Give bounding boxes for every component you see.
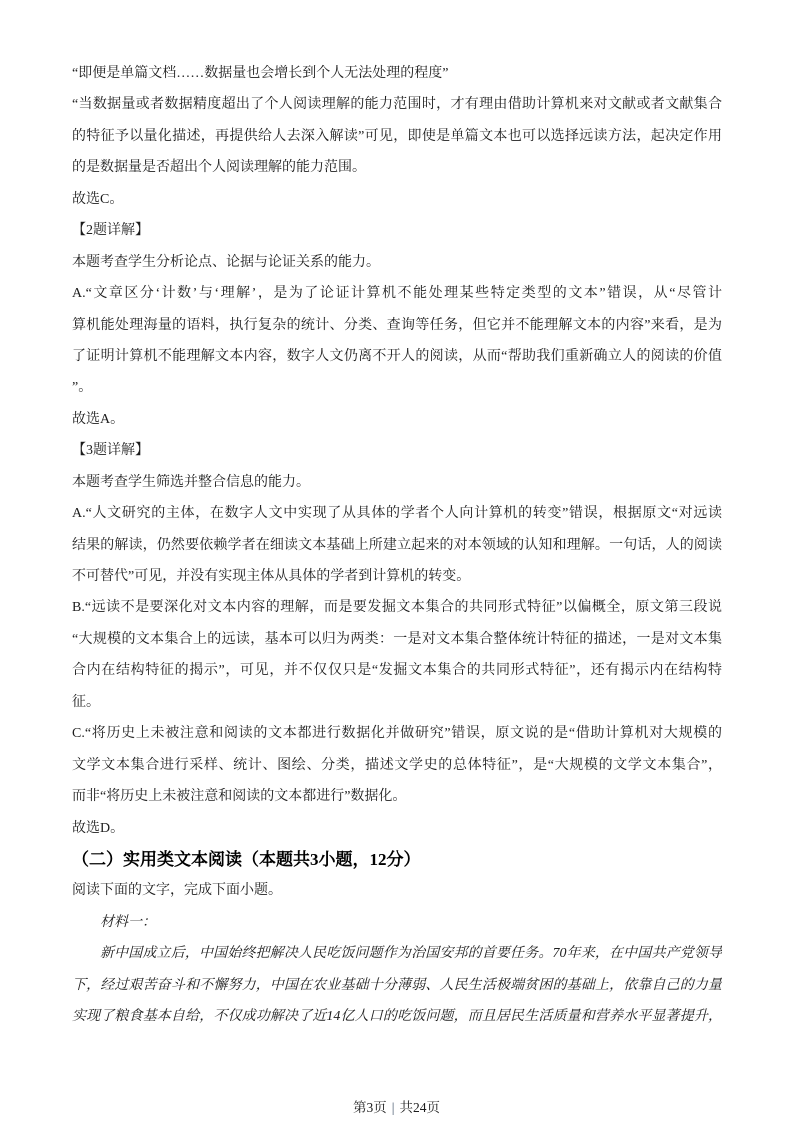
text-line: “即便是单篇文档……数据量也会增长到个人无法处理的程度” xyxy=(72,58,722,89)
text-line: 【2题详解】 xyxy=(72,215,722,246)
text-line: 本题考查学生筛选并整合信息的能力。 xyxy=(72,467,722,498)
text-line: A.“人文研究的主体，在数字人文中实现了从具体的学者个人向计算机的转变”错误，根… xyxy=(72,498,722,529)
text-line: 故选D。 xyxy=(72,813,722,844)
text-line: 结果的解读，仍然要依赖学者在细读文本基础上所建立起来的对本领域的认知和理解。一句… xyxy=(72,530,722,561)
page-footer: 第3页|共24页 xyxy=(0,1096,793,1116)
text-line: 不可替代”可见，并没有实现主体从具体的学者到计算机的转变。 xyxy=(72,561,722,592)
text-line: 的是数据量是否超出个人阅读理解的能力范围。 xyxy=(72,152,722,183)
text-line: 阅读下面的文字，完成下面小题。 xyxy=(72,875,722,906)
document-content: “即便是单篇文档……数据量也会增长到个人无法处理的程度”“当数据量或者数据精度超… xyxy=(72,58,722,1033)
document-page: “即便是单篇文档……数据量也会增长到个人无法处理的程度”“当数据量或者数据精度超… xyxy=(0,0,793,1122)
text-line: 了证明计算机不能理解文本内容，数字人文仍离不开人的阅读，从而“帮助我们重新确立人… xyxy=(72,341,722,372)
text-line: 故选C。 xyxy=(72,184,722,215)
text-line: B.“远读不是要深化对文本内容的理解，而是要发掘文本集合的共同形式特征”以偏概全… xyxy=(72,592,722,623)
footer-page-total: 共24页 xyxy=(399,1100,440,1115)
text-line: 征。 xyxy=(72,687,722,718)
footer-page-number: 第3页 xyxy=(353,1100,387,1115)
text-line: A.“文章区分‘计数’与‘理解’，是为了论证计算机不能处理某些特定类型的文本”错… xyxy=(72,278,722,309)
footer-separator: | xyxy=(392,1100,395,1115)
text-line: 实现了粮食基本自给，不仅成功解决了近14亿人口的吃饭问题，而且居民生活质量和营养… xyxy=(72,1001,722,1032)
text-line: “当数据量或者数据精度超出了个人阅读理解的能力范围时，才有理由借助计算机来对文献… xyxy=(72,89,722,120)
section-heading: （二）实用类文本阅读（本题共3小题，12分） xyxy=(72,844,722,875)
text-line: 而非“将历史上未被注意和阅读的文本都进行”数据化。 xyxy=(72,781,722,812)
text-line: “大规模的文本集合上的远读，基本可以归为两类：一是对文本集合整体统计特征的描述，… xyxy=(72,624,722,655)
text-line: 【3题详解】 xyxy=(72,435,722,466)
text-line: 算机能处理海量的语料，执行复杂的统计、分类、查询等任务，但它并不能理解文本的内容… xyxy=(72,310,722,341)
text-line: 材料一： xyxy=(72,907,722,938)
text-line: 新中国成立后，中国始终把解决人民吃饭问题作为治国安邦的首要任务。70年来，在中国… xyxy=(72,938,722,969)
text-line: ”。 xyxy=(72,372,722,403)
text-line: 下，经过艰苦奋斗和不懈努力，中国在农业基础十分薄弱、人民生活极端贫困的基础上，依… xyxy=(72,970,722,1001)
text-line: 的特征予以量化描述，再提供给人去深入解读”可见，即使是单篇文本也可以选择远读方法… xyxy=(72,121,722,152)
text-line: 文学文本集合进行采样、统计、图绘、分类，描述文学史的总体特征”，是“大规模的文学… xyxy=(72,750,722,781)
text-line: 本题考查学生分析论点、论据与论证关系的能力。 xyxy=(72,247,722,278)
text-line: 合内在结构特征的揭示”，可见，并不仅仅只是“发掘文本集合的共同形式特征”，还有揭… xyxy=(72,655,722,686)
text-line: 故选A。 xyxy=(72,404,722,435)
text-line: C.“将历史上未被注意和阅读的文本都进行数据化并做研究”错误，原文说的是“借助计… xyxy=(72,718,722,749)
